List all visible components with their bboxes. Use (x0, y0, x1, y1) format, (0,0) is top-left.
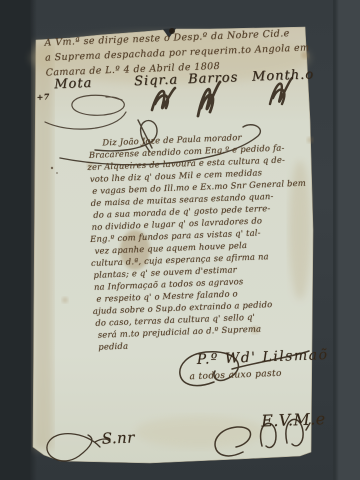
signature-mota: Mota (54, 76, 93, 92)
photo-of-manuscript: A Vm.ª se dirige neste o Desp.º da Nobre… (0, 0, 360, 480)
signature-monteiro: Month.o (252, 67, 315, 84)
signature-barros: Barros (188, 70, 239, 87)
body-line: pedida (98, 341, 128, 352)
closing-signature: P.º Wd' Lilsmaõ (197, 347, 329, 368)
bottom-left-mark: S.nr (101, 428, 135, 447)
closing-signature-subscript: a todos auxo pasto (189, 369, 282, 383)
bottom-right-mark: E.V.M.e (261, 409, 326, 430)
margin-mark: +7 (36, 91, 49, 101)
manuscript-text: A Vm.ª se dirige neste o Desp.º da Nobre… (34, 17, 331, 463)
signature-siqueira: Siqr.a (134, 73, 179, 90)
